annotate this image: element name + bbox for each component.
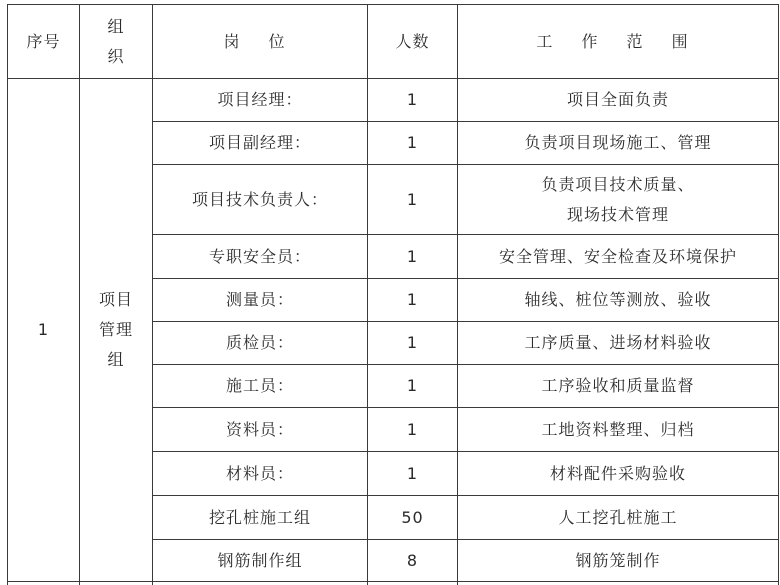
group-name-line3: 组	[80, 345, 152, 375]
table-row-partial	[8, 582, 779, 585]
position-cell: 项目技术负责人：	[153, 165, 368, 235]
position-cell: 钢筋制作组	[153, 540, 368, 582]
header-org-line1: 组	[80, 12, 152, 42]
count-cell: 1	[368, 122, 458, 165]
header-position: 岗 位	[153, 5, 368, 79]
header-org: 组 织	[80, 5, 153, 79]
count-cell: 1	[368, 365, 458, 408]
count-cell: 1	[368, 408, 458, 452]
scope-cell: 安全管理、安全检查及环境保护	[458, 235, 779, 279]
count-cell: 1	[368, 79, 458, 122]
scope-cell: 工序验收和质量监督	[458, 365, 779, 408]
scope-cell: 负责项目技术质量、 现场技术管理	[458, 165, 779, 235]
empty-cell	[8, 582, 80, 585]
empty-cell	[458, 582, 779, 585]
group-name-cell: 项目 管理 组	[80, 79, 153, 582]
scope-cell: 轴线、桩位等测放、验收	[458, 279, 779, 322]
table-row: 1 项目 管理 组 项目经理： 1 项目全面负责	[8, 79, 779, 122]
position-cell: 项目副经理：	[153, 122, 368, 165]
position-cell: 专职安全员：	[153, 235, 368, 279]
header-org-line2: 织	[80, 42, 152, 72]
header-seq: 序号	[8, 5, 80, 79]
position-cell: 项目经理：	[153, 79, 368, 122]
group-seq-cell: 1	[8, 79, 80, 582]
position-cell: 施工员：	[153, 365, 368, 408]
scope-line1: 负责项目技术质量、	[458, 170, 778, 200]
scope-line2: 现场技术管理	[458, 200, 778, 230]
scope-cell: 工地资料整理、归档	[458, 408, 779, 452]
group-name-line2: 管理	[80, 315, 152, 345]
group-name-line1: 项目	[80, 285, 152, 315]
scope-cell: 项目全面负责	[458, 79, 779, 122]
header-count: 人数	[368, 5, 458, 79]
count-cell: 1	[368, 452, 458, 496]
scope-cell: 人工挖孔桩施工	[458, 496, 779, 540]
staffing-table: 序号 组 织 岗 位 人数 工 作 范 围 1 项目 管理 组 项目经理： 1 …	[7, 4, 779, 585]
count-cell: 8	[368, 540, 458, 582]
header-scope: 工 作 范 围	[458, 5, 779, 79]
scope-cell: 钢筋笼制作	[458, 540, 779, 582]
count-cell: 1	[368, 322, 458, 365]
count-cell: 1	[368, 165, 458, 235]
position-cell: 测量员：	[153, 279, 368, 322]
empty-cell	[153, 582, 368, 585]
count-cell: 50	[368, 496, 458, 540]
header-row: 序号 组 织 岗 位 人数 工 作 范 围	[8, 5, 779, 79]
position-cell: 资料员：	[153, 408, 368, 452]
position-cell: 质检员：	[153, 322, 368, 365]
scope-cell: 材料配件采购验收	[458, 452, 779, 496]
scope-cell: 负责项目现场施工、管理	[458, 122, 779, 165]
position-cell: 材料员：	[153, 452, 368, 496]
empty-cell	[80, 582, 153, 585]
count-cell: 1	[368, 235, 458, 279]
empty-cell	[368, 582, 458, 585]
count-cell: 1	[368, 279, 458, 322]
scope-cell: 工序质量、进场材料验收	[458, 322, 779, 365]
position-cell: 挖孔桩施工组	[153, 496, 368, 540]
